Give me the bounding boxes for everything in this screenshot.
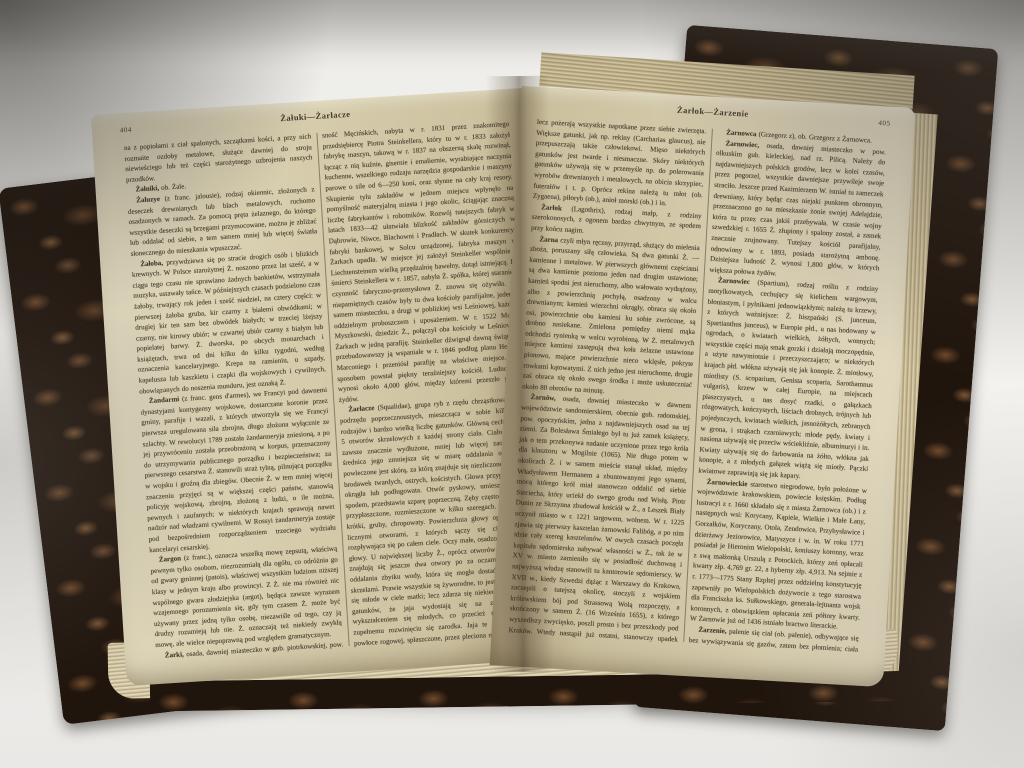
entry-headword: Żałniki,	[135, 184, 159, 193]
entry-headword: Żandarmi	[149, 395, 180, 405]
photo-scene: 404 Żałuki—Żarłacze na z popiołami z cia…	[0, 0, 1024, 768]
entry-headword: Żarzenie,	[698, 626, 727, 636]
entry-paragraph: Żargon (z franc.), oznacza wszelką mowę …	[150, 544, 343, 651]
entry-headword: Żarłok	[541, 203, 562, 212]
entry-paragraph: lecz pożerają wszystkie napotkane przez …	[533, 117, 707, 211]
page-right: 405 Żarłok—Żarzenie lecz pożerają wszyst…	[490, 86, 916, 687]
entry-paragraph: Żarnowiec, osada, dawniej miasteczko w p…	[709, 138, 886, 285]
entry-headword: Żarłacze	[348, 404, 374, 414]
entry-headword: Żarki,	[165, 650, 184, 659]
entry-headword: Żałoba,	[140, 258, 163, 267]
entry-paragraph: Żandarmi (z franc. gens d'armes), we Fra…	[140, 385, 337, 555]
entry-paragraph: sność Męcińskich, nabyta w r. 1831 przez…	[322, 119, 526, 406]
entry-headword: Żarnowieckie	[706, 478, 747, 488]
text-column: Żarnowca (Grzegorz z), ob. Grzegorz z Ża…	[684, 127, 892, 654]
entry-paragraph: Żaluzye (z franc. jalousie), rodzaj okie…	[127, 184, 318, 259]
entry-headword: Żarnów,	[530, 393, 556, 402]
entry-headword: Żargon	[159, 555, 182, 564]
text-column: lecz pożerają wszystkie napotkane przez …	[503, 117, 711, 644]
entry-headword: Żarna	[539, 235, 558, 244]
entry-paragraph: Żarnowieckie starostwo niegrodowe, było …	[690, 476, 868, 634]
entry-paragraph: Żarna czyli młyn ręczny, przyrząd, służą…	[522, 233, 700, 401]
entry-headword: Żarnowiec,	[725, 139, 759, 149]
page-left: 404 Żałuki—Żarłacze na z popiołami z cia…	[91, 88, 558, 686]
entry-headword: Żarnowca	[726, 128, 757, 138]
page-number-right: 405	[878, 119, 890, 128]
page-left-columns: na z popiołami z ciał spalonych, szczątk…	[119, 119, 547, 661]
text-column: na z popiołami z ciał spalonych, szczątk…	[119, 131, 349, 660]
entry-paragraph: Żarnów, osada, dawniej miasteczko w dawn…	[505, 392, 691, 644]
entry-headword: Żarnowiec	[718, 277, 750, 287]
entry-paragraph: Żarnowiec (Spartium), rodzaj roślin z ro…	[698, 275, 878, 485]
page-number-left: 404	[120, 126, 132, 135]
entry-headword: Żaluzye	[136, 195, 160, 204]
entry-paragraph: Żałoba, przywdziewa się po stracie drogi…	[131, 248, 327, 397]
page-right-columns: lecz pożerają wszystkie napotkane przez …	[503, 117, 891, 654]
